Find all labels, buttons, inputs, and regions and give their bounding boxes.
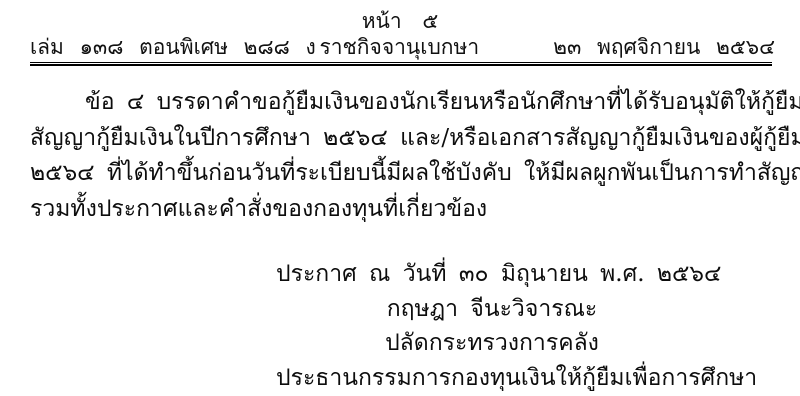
paragraph-line: ๒๕๖๔ ที่ได้ทำขึ้นก่อนวันที่ระเบียบนี้มีผ… bbox=[30, 156, 778, 192]
gazette-title: ราชกิจจานุเบกษา bbox=[319, 31, 479, 64]
gazette-header-row: เล่ม ๑๓๘ ตอนพิเศษ ๒๘๘ ง ราชกิจจานุเบกษา … bbox=[30, 31, 775, 59]
paragraph-line: สัญญากู้ยืมเงินในปีการศึกษา ๒๕๖๔ และ/หรื… bbox=[30, 121, 778, 157]
volume-info: เล่ม ๑๓๘ ตอนพิเศษ ๒๘๘ ง bbox=[30, 31, 316, 64]
header-double-rule bbox=[30, 62, 772, 66]
article-paragraph: ข้อ ๔ บรรดาคำขอกู้ยืมเงินของนักเรียนหรือ… bbox=[30, 85, 778, 227]
signer-role: ประธานกรรมการกองทุนเงินให้กู้ยืมเพื่อการ… bbox=[276, 361, 708, 396]
gazette-page: หน้า ๕ เล่ม ๑๓๘ ตอนพิเศษ ๒๘๘ ง ราชกิจจาน… bbox=[0, 0, 800, 396]
signature-block: ประกาศ ณ วันที่ ๓๐ มิถุนายน พ.ศ. ๒๕๖๔ กฤ… bbox=[276, 257, 708, 395]
paragraph-line: ข้อ ๔ บรรดาคำขอกู้ยืมเงินของนักเรียนหรือ… bbox=[30, 85, 778, 121]
signer-name: กฤษฎา จีนะวิจารณะ bbox=[276, 292, 708, 327]
proclamation-date: ประกาศ ณ วันที่ ๓๐ มิถุนายน พ.ศ. ๒๕๖๔ bbox=[276, 257, 708, 292]
publication-date: ๒๓ พฤศจิกายน ๒๕๖๔ bbox=[553, 31, 775, 64]
paragraph-line: รวมทั้งประกาศและคำสั่งของกองทุนที่เกี่ยว… bbox=[30, 192, 778, 228]
signer-title: ปลัดกระทรวงการคลัง bbox=[276, 326, 708, 361]
